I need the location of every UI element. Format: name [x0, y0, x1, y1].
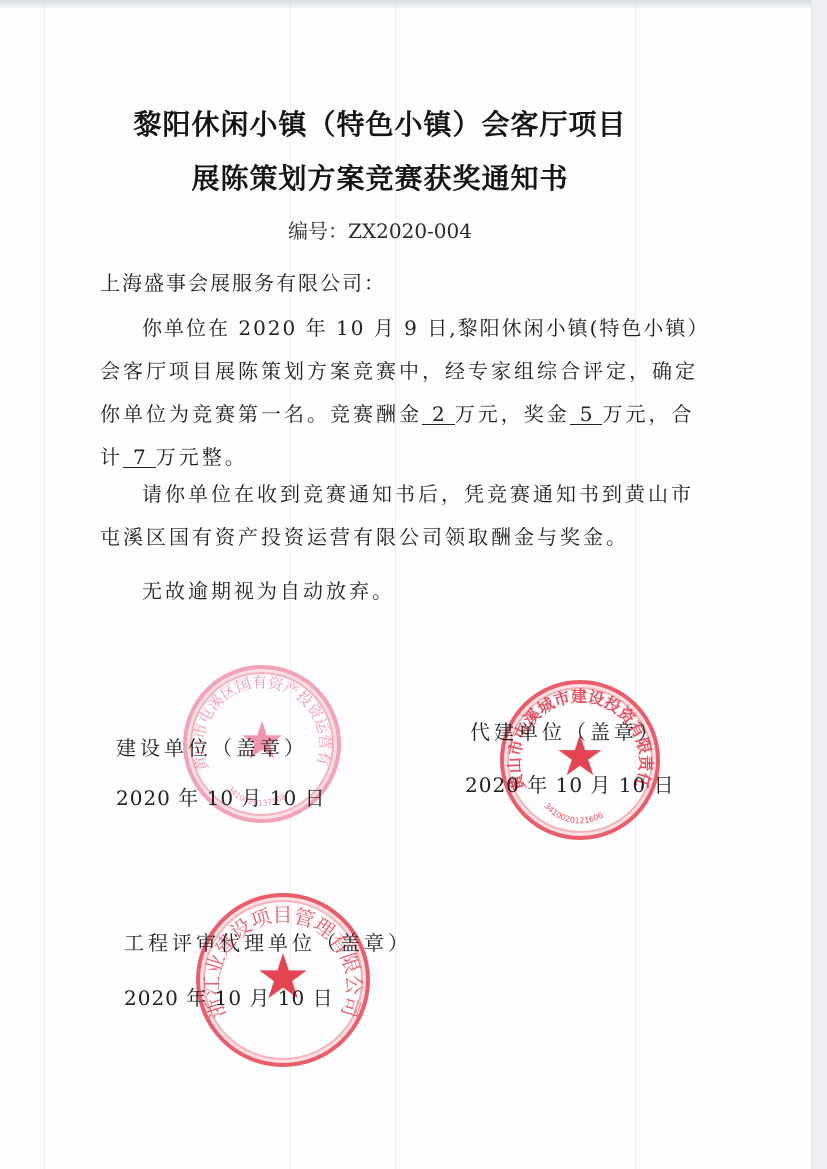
signature-label-construction-unit: 建设单位（盖章）: [116, 738, 308, 758]
signature-date-construction-unit: 2020 年 10 月 10 日: [116, 788, 326, 808]
addressee: 上海盛事会展服务有限公司：: [100, 273, 386, 293]
signature-date-review-agent: 2020 年 10 月 10 日: [124, 988, 334, 1008]
document-number-value: ZX2020-004: [348, 219, 472, 243]
seal-agent-construction-unit: 黄山市屯溪城市建设投资有限责任公司 3410020121606 ★: [500, 680, 660, 840]
scan-edge-top: [0, 0, 812, 8]
scan-edge-right: [811, 0, 827, 1169]
signature-date-agent-construction-unit: 2020 年 10 月 10 日: [465, 775, 675, 795]
document-number: 编号：ZX2020-004: [0, 215, 760, 244]
bonus-amount: 5: [570, 404, 603, 425]
award-text-mid: 万元，奖金: [455, 402, 570, 426]
total-text-prefix: 计: [100, 445, 123, 469]
paragraph-2-line-1: 请你单位在收到竞赛通知书后，凭竞赛通知书到黄山市: [142, 484, 694, 504]
paragraph-2-line-2: 屯溪区国有资产投资运营有限公司领取酬金与奖金。: [100, 527, 629, 547]
svg-text:3410020121606: 3410020121606: [542, 801, 604, 825]
total-amount: 7: [123, 447, 156, 468]
signature-label-agent-construction-unit: 代建单位（盖章）: [470, 722, 662, 742]
document-title-line-1: 黎阳休闲小镇（特色小镇）会客厅项目: [0, 103, 760, 143]
paragraph-1-line-1: 你单位在 2020 年 10 月 9 日,黎阳休闲小镇(特色小镇）: [142, 318, 709, 338]
document-number-label: 编号：: [288, 219, 348, 243]
paragraph-1-line-4: 计7万元整。: [100, 447, 248, 468]
signature-label-review-agent: 工程评审代理单位（盖章）: [124, 933, 412, 953]
paragraph-1-line-2: 会客厅项目展陈策划方案竞赛中，经专家组综合评定，确定: [100, 361, 698, 381]
fee-amount: 2: [422, 404, 455, 425]
seal-review-agent-unit: 浙江业建设项目管理有限公司 ★: [196, 893, 370, 1067]
total-text-suffix: 万元整。: [156, 445, 248, 469]
award-text-prefix: 你单位为竞赛第一名。竞赛酬金: [100, 402, 422, 426]
paragraph-1-line-3: 你单位为竞赛第一名。竞赛酬金2万元，奖金5万元，合: [100, 404, 694, 425]
document-title-line-2: 展陈策划方案竞赛获奖通知书: [0, 157, 760, 197]
award-text-suffix: 万元，合: [602, 402, 694, 426]
paragraph-3: 无故逾期视为自动放弃。: [142, 581, 395, 601]
